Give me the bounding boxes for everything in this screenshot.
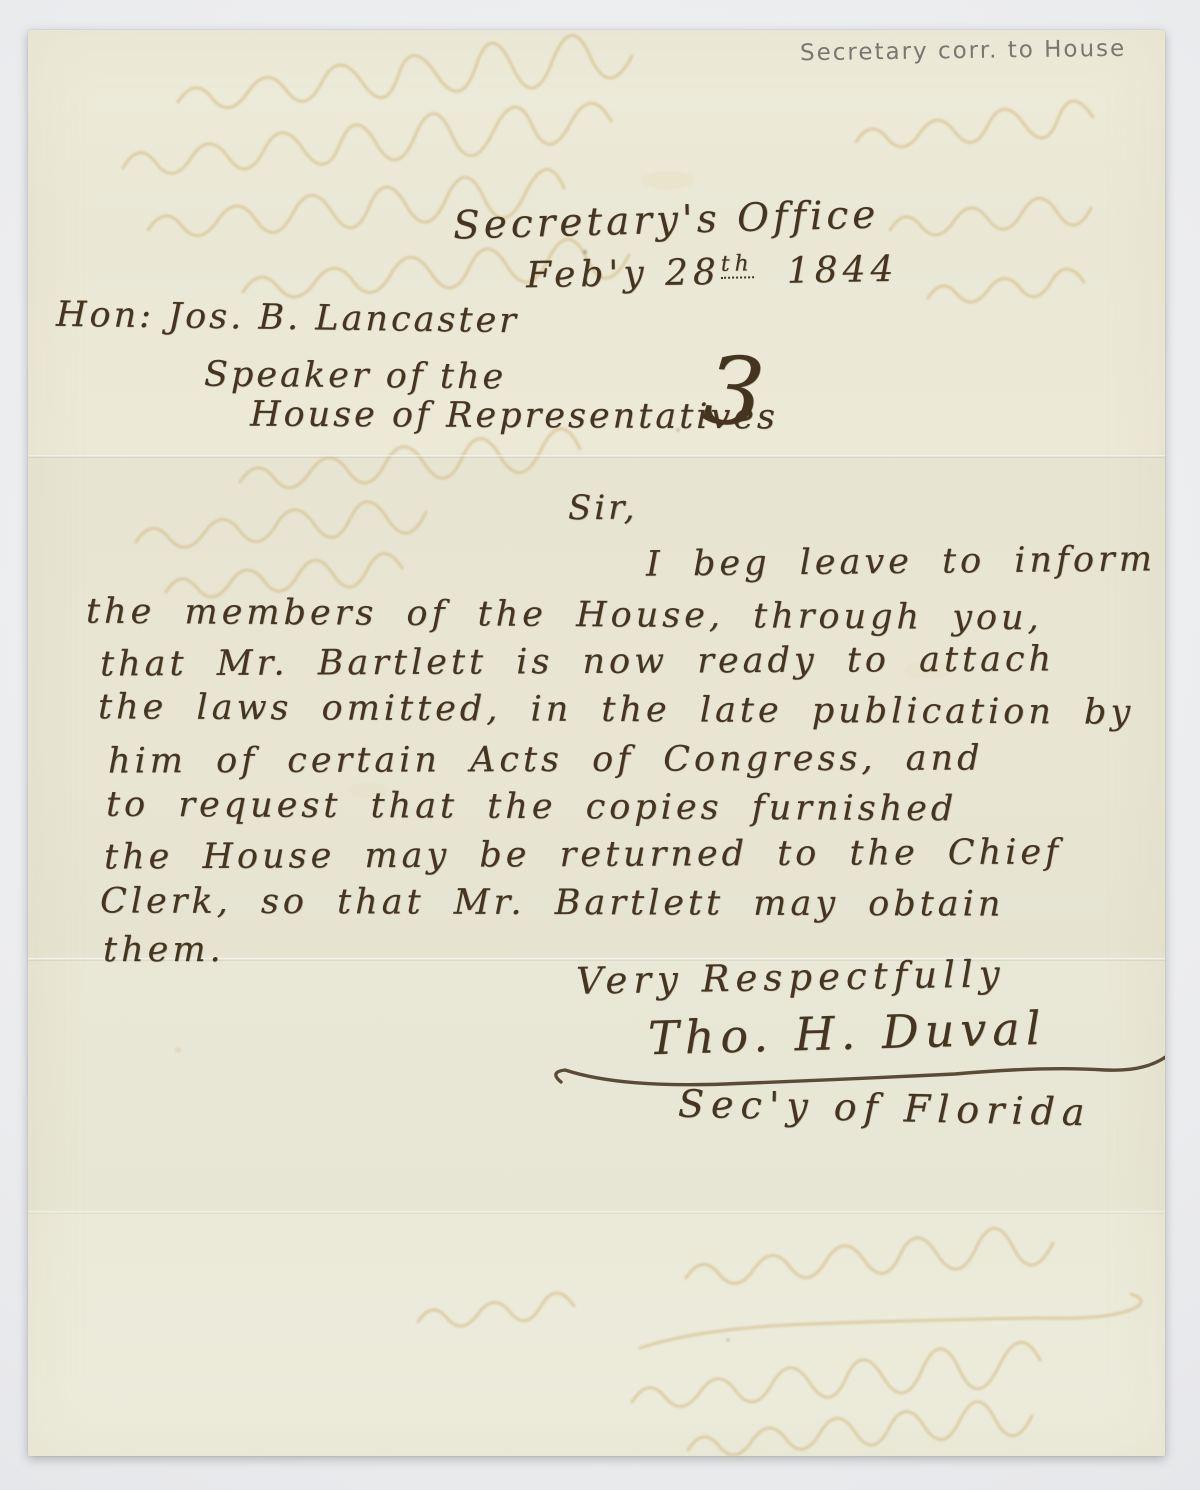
letter-paper-sheet: Secretary corr. to House Secretary's Off…: [28, 30, 1165, 1456]
scanned-document-image: Secretary corr. to House Secretary's Off…: [0, 0, 1200, 1490]
signature-flourish: [28, 30, 1165, 1456]
signer-title: Sec'y of Florida: [678, 1082, 1092, 1135]
